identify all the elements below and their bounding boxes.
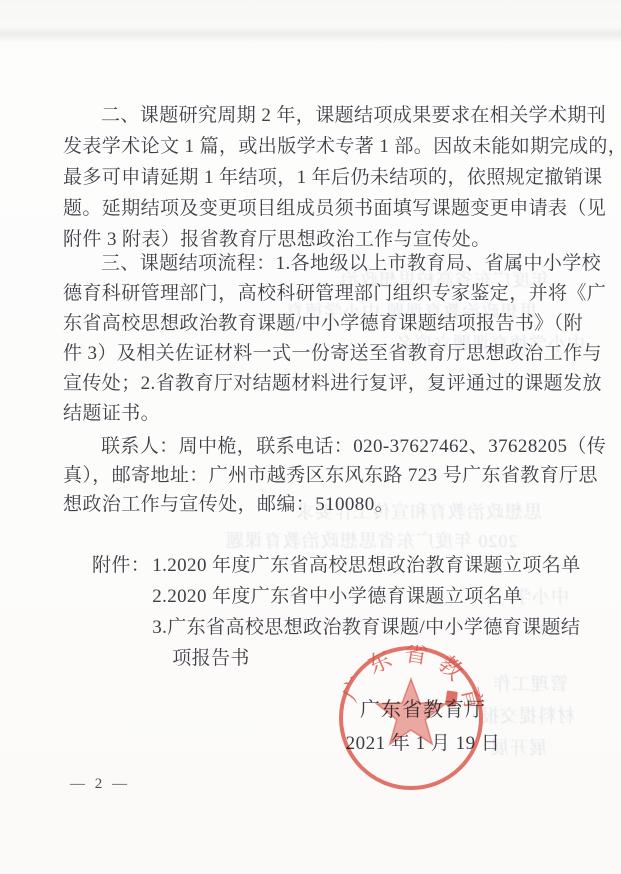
text-line: 德育科研管理部门，高校科研管理部门组织专家鉴定，并将《广	[63, 279, 563, 309]
text-line: 最多可申请延期 1 年结项，1 年后仍未结项的，依照规定撤销课	[63, 162, 563, 193]
text-line: 宣传处；2.省教育厅对结题材料进行复评，复评通过的课题发放	[63, 369, 563, 399]
text-line: 2.2020 年度广东省中小学德育课题立项名单	[152, 581, 580, 612]
attachments-block: 附件： 1.2020 年度广东省高校思想政治教育课题立项名单2.2020 年度广…	[92, 550, 581, 674]
text-line: 题。延期结项及变更项目组成员须书面填写课题变更申请表（见	[63, 193, 563, 224]
text-line: 二、课题研究周期 2 年，课题结项成果要求在相关学术期刊	[63, 100, 563, 131]
signature-block: 广东省教育厅 2021 年 1 月 19 日	[338, 698, 508, 756]
text-line: 件 3）及相关佐证材料一式一份寄送至省教育厅思想政治工作与	[63, 339, 563, 369]
text-line: 想政治工作与宣传处，邮编：510080。	[63, 490, 563, 519]
text-line: 1.2020 年度广东省高校思想政治教育课题立项名单	[152, 550, 580, 581]
scanned-document-page: 年度广东省高校思想政治思想政治教育课题 中小学德育中小学德育课题立项名思想政治教…	[0, 0, 621, 874]
text-line: 项报告书	[152, 643, 580, 674]
attachments-label: 附件：	[92, 550, 150, 581]
paragraph-completion-process: 三、课题结项流程：1.各地级以上市教育局、省属中小学校德育科研管理部门，高校科研…	[63, 249, 563, 429]
paragraph-research-period: 二、课题研究周期 2 年，课题结项成果要求在相关学术期刊发表学术论文 1 篇，或…	[63, 100, 563, 255]
text-line: 东省高校思想政治教育课题/中小学德育课题结项报告书》（附	[63, 309, 563, 339]
page-number: — 2 —	[70, 776, 130, 793]
text-line: 联系人：周中桅，联系电话：020-37627462、37628205（传	[63, 432, 563, 461]
attachments-list: 1.2020 年度广东省高校思想政治教育课题立项名单2.2020 年度广东省中小…	[152, 550, 580, 674]
text-line: 发表学术论文 1 篇，或出版学术专著 1 部。因故未能如期完成的，	[63, 131, 563, 162]
text-line: 真），邮寄地址：广州市越秀区东风东路 723 号广东省教育厅思	[63, 461, 563, 490]
text-line: 结题证书。	[63, 399, 563, 429]
paragraph-contact-info: 联系人：周中桅，联系电话：020-37627462、37628205（传真），邮…	[63, 432, 563, 519]
signature-date: 2021 年 1 月 19 日	[338, 732, 508, 756]
text-line: 三、课题结项流程：1.各地级以上市教育局、省属中小学校	[63, 249, 563, 279]
scan-artifact-band	[0, 26, 621, 42]
text-line: 3.广东省高校思想政治教育课题/中小学德育课题结	[152, 612, 580, 643]
signature-agency: 广东省教育厅	[338, 698, 508, 722]
